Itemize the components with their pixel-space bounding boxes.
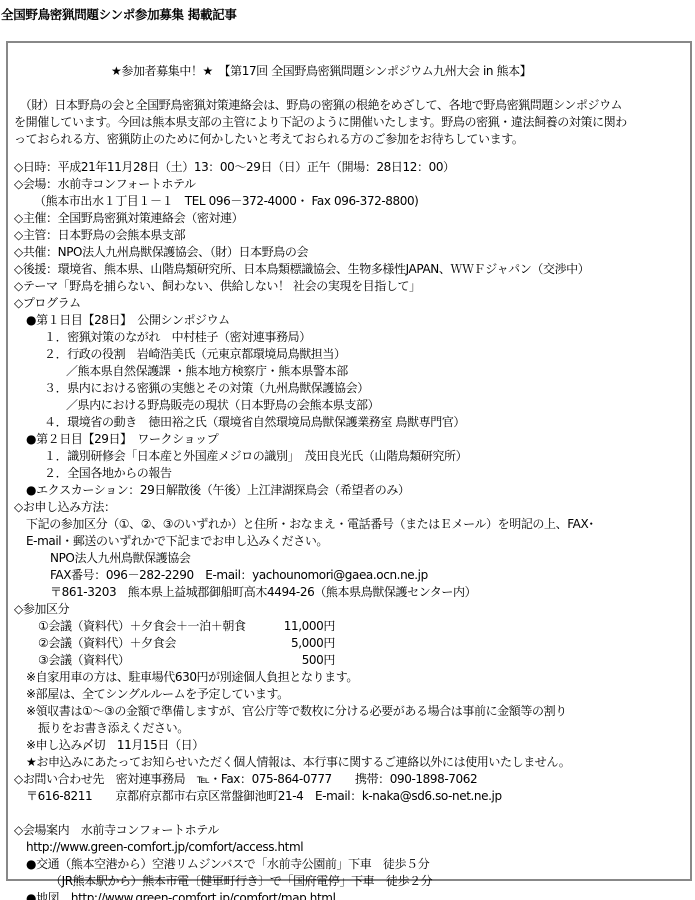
headline: ★参加者募集中！★ 【第17回 全国野鳥密猟問題シンポジウム九州大会 in 熊本…: [111, 64, 531, 78]
day1-title: ●第１日目【28日】 公開シンポジウム: [26, 313, 230, 327]
day1-item: ／県内における野鳥販売の現状（日本野鳥の会熊本県支部）: [66, 398, 379, 412]
deadline-note: ※申し込み〆切 11月15日（日）: [26, 738, 204, 752]
fee-option-price: 11,000円: [210, 619, 335, 633]
map-row: ●地図 http://www.green-comfort.jp/comfort/…: [26, 891, 336, 900]
contact-address: 〒861-3203 熊本県上益城郡御船町高木4494-26（熊本県鳥獣保護センタ…: [50, 585, 476, 599]
day1-item: ４．環境省の動き 徳田裕之氏（環境省自然環境局鳥獣保護業務室 鳥獣専門官）: [44, 415, 465, 429]
datetime: ◇日時：平成21年11月28日（土）13：00～29日（日）正午（開場：28日1…: [14, 160, 455, 174]
intro-line: （財）日本野鳥の会と全国野鳥密猟対策連絡会は、野鳥の密猟の根絶をめざして、各地で…: [14, 98, 622, 112]
day1-item: ／熊本県自然保護課 ・熊本地方検察庁・熊本県警本部: [66, 364, 348, 378]
fees-heading: ◇参加区分: [14, 602, 69, 616]
intro-line: っておられる方、密猟防止のために何かしたいと考えておられる方のご参加をお待ちして…: [14, 132, 523, 146]
day2-title: ●第２日目【29日】 ワークショップ: [26, 432, 218, 446]
fee-option-price: 500円: [210, 653, 335, 667]
page-title: 全国野鳥密猟問題シンポ参加募集 掲載記事: [1, 5, 237, 23]
application-text: E-mail・郵送のいずれかで下記までお申し込みください。: [26, 534, 328, 548]
inquiry-address: 〒616-8211 京都府京都市右京区常盤御池町21-4 E-mail：k-na…: [26, 789, 502, 803]
support: ◇後援：環境省、熊本県、山階鳥類研究所、日本鳥類標識協会、生物多様性JAPAN、…: [14, 262, 589, 276]
fee-note: ※自家用車の方は、駐車場代630円が別途個人負担となります。: [26, 670, 358, 684]
access-heading: ◇会場案内 水前寺コンフォートホテル: [14, 823, 219, 837]
contact-org: NPO法人九州鳥獣保護協会: [50, 551, 190, 565]
privacy-note: ★お申込みにあたってお知らせいただく個人情報は、本行事に関するご連絡以外には使用…: [26, 755, 570, 769]
transport-airport: ●交通（熊本空港から）空港リムジンバスで「水前寺公園前」下車 徒歩５分: [26, 857, 429, 871]
fee-note: ※領収書は①～③の金額で準備しますが、官公庁等で数枚に分ける必要がある場合は事前…: [26, 704, 567, 718]
intro-line: を開催しています。今回は熊本県支部の主管により下記のように開催いたします。野鳥の…: [14, 115, 627, 129]
venue-address: （熊本市出水１丁目１－１ TEL 096－372-4000・ Fax 096-3…: [34, 194, 418, 208]
map-label: ●地図: [26, 891, 71, 900]
day2-item: ２．全国各地からの報告: [44, 466, 172, 480]
inquiry-line: ◇お問い合わせ先 密対連事務局 ℡・Fax：075-864-0777 携帯：09…: [14, 772, 477, 786]
fee-option-label: ②会議（資料代）＋夕食会: [38, 636, 176, 650]
map-url-link[interactable]: http://www.green-comfort.jp/comfort/map.…: [71, 891, 336, 900]
host: ◇主管：日本野鳥の会熊本県支部: [14, 228, 185, 242]
contact-fax-email: FAX番号：096－282-2290 E-mail：yachounomori@g…: [50, 568, 428, 582]
organizer: ◇主催：全国野鳥密猟対策連絡会（密対連）: [14, 211, 243, 225]
application-heading: ◇お申し込み方法：: [14, 500, 116, 514]
day1-item: １．密猟対策のながれ 中村桂子（密対連事務局）: [44, 330, 311, 344]
theme: ◇テーマ「野鳥を捕らない、飼わない、供給しない！ 社会の実現を目指して」: [14, 279, 421, 293]
program-heading: ◇プログラム: [14, 296, 81, 310]
cohost: ◇共催：NPO法人九州鳥獣保護協会、（財）日本野鳥の会: [14, 245, 308, 259]
day1-item: ２．行政の役割 岩崎浩美氏（元東京都環境局鳥獣担当）: [44, 347, 346, 361]
access-url-link[interactable]: http://www.green-comfort.jp/comfort/acce…: [26, 840, 303, 854]
day2-item: １．識別研修会「日本産と外国産メジロの識別」 茂田良光氏（山階鳥類研究所）: [44, 449, 467, 463]
fee-note: ※部屋は、全てシングルルームを予定しています。: [26, 687, 289, 701]
excursion: ●エクスカーション：29日解散後（午後）上江津湖探鳥会（希望者のみ）: [26, 483, 410, 497]
transport-station: （JR熊本駅から）熊本市電〔健軍町行き〕で「国府電停」下車 徒歩２分: [50, 874, 432, 888]
fee-option-price: 5,000円: [210, 636, 335, 650]
application-text: 下記の参加区分（①、②、③のいずれか）と住所・おなまえ・電話番号（またはＥメール…: [26, 517, 594, 531]
day1-item: ３．県内における密猟の実態とその対策（九州鳥獣保護協会）: [44, 381, 369, 395]
venue: ◇会場：水前寺コンフォートホテル: [14, 177, 196, 191]
fee-option-label: ③会議（資料代）: [38, 653, 130, 667]
fee-note: 振りをお書き添えください。: [38, 721, 189, 735]
